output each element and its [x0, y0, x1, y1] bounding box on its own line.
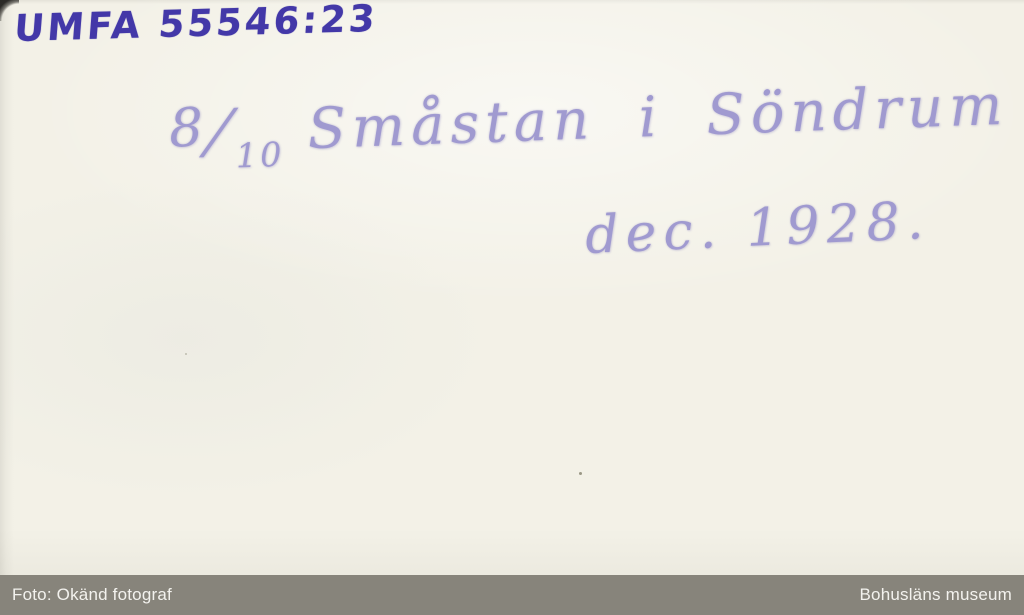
inscription-date-text: dec. 1928.	[584, 191, 931, 266]
fraction-denominator: 10	[235, 135, 285, 176]
catalog-number: UMFA 55546:23	[13, 0, 380, 50]
fraction-numerator: 8	[168, 97, 210, 160]
inscription-line-place: 8/10Småstan i Söndrum	[168, 69, 1010, 178]
photo-card-back: UMFA 55546:23 8/10Småstan i Söndrum dec.…	[0, 0, 1024, 615]
inscription-place-text: Småstan i Söndrum	[306, 73, 1009, 162]
paper-speck	[185, 353, 187, 355]
museum-name: Bohusläns museum	[860, 585, 1013, 605]
paper-speck	[579, 472, 582, 475]
inscription-fraction: 8/10	[168, 98, 285, 167]
photographer-credit: Foto: Okänd fotograf	[12, 585, 172, 605]
museum-caption-bar: Foto: Okänd fotograf Bohusläns museum	[0, 575, 1024, 615]
